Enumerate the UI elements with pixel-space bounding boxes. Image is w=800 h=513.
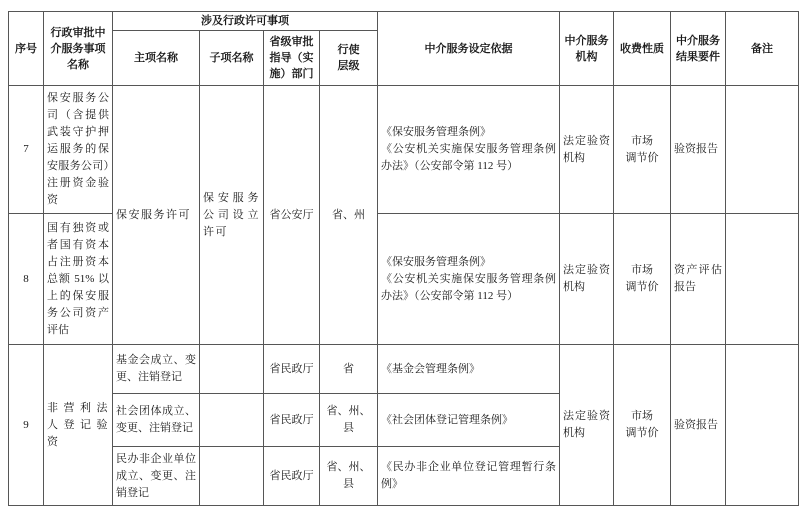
header-result: 中介服务 结果要件 <box>671 12 726 86</box>
header-fee-nature: 收费性质 <box>614 12 671 86</box>
cell-main-item-9-2: 社会团体成立、变更、注销登记 <box>113 394 200 447</box>
header-basis: 中介服务设定依据 <box>378 12 560 86</box>
cell-remark-9 <box>726 345 799 506</box>
cell-agency-9: 法定验资机构 <box>560 345 614 506</box>
cell-serial-9: 9 <box>9 345 44 506</box>
header-main-item: 主项名称 <box>113 31 200 86</box>
cell-basis-9-1: 《基金会管理条例》 <box>378 345 560 394</box>
cell-sub-item-9-2 <box>200 394 264 447</box>
cell-fee-8: 市场 调节价 <box>614 214 671 345</box>
cell-sub-item-7-8: 保安服务公司设立许可 <box>200 86 264 345</box>
cell-item-name-8: 国有独资或者国有资本占注册资本总额 51% 以上的保安服务公司资产评估 <box>44 214 113 345</box>
cell-agency-8: 法定验资机构 <box>560 214 614 345</box>
cell-level-7-8: 省、州 <box>320 86 378 345</box>
cell-basis-7: 《保安服务管理条例》 《公安机关实施保安服务管理条例办法》（公安部令第 112 … <box>378 86 560 214</box>
header-exercise-level: 行使 层级 <box>320 31 378 86</box>
basis-line: 《保安服务管理条例》 <box>381 124 556 141</box>
header-remark: 备注 <box>726 12 799 86</box>
cell-result-8: 资产评估报告 <box>671 214 726 345</box>
basis-line: 《公安机关实施保安服务管理条例办法》（公安部令第 112 号） <box>381 141 556 175</box>
cell-item-name-9: 非营利法人登记验资 <box>44 345 113 506</box>
cell-level-9-1: 省 <box>320 345 378 394</box>
header-licensing-group: 涉及行政许可事项 <box>113 12 378 31</box>
cell-agency-7: 法定验资机构 <box>560 86 614 214</box>
cell-fee-9: 市场 调节价 <box>614 345 671 506</box>
header-serial: 序号 <box>9 12 44 86</box>
cell-dept-7-8: 省公安厅 <box>264 86 320 345</box>
cell-serial-8: 8 <box>9 214 44 345</box>
cell-basis-9-2: 《社会团体登记管理条例》 <box>378 394 560 447</box>
cell-sub-item-9-1 <box>200 345 264 394</box>
cell-level-9-2: 省、州、县 <box>320 394 378 447</box>
cell-main-item-9-1: 基金会成立、变更、注销登记 <box>113 345 200 394</box>
cell-serial-7: 7 <box>9 86 44 214</box>
table-row-9-sub-1: 9 非营利法人登记验资 基金会成立、变更、注销登记 省民政厅 省 《基金会管理条… <box>9 345 799 394</box>
cell-dept-9-3: 省民政厅 <box>264 447 320 506</box>
header-provincial-dept: 省级审批 指导（实 施）部门 <box>264 31 320 86</box>
cell-sub-item-9-3 <box>200 447 264 506</box>
basis-line: 《公安机关实施保安服务管理条例办法》（公安部令第 112 号） <box>381 271 556 305</box>
cell-remark-7 <box>726 86 799 214</box>
cell-level-9-3: 省、州、县 <box>320 447 378 506</box>
cell-main-item-7-8: 保安服务许可 <box>113 86 200 345</box>
header-item-name: 行政审批中 介服务事项 名称 <box>44 12 113 86</box>
cell-result-7: 验资报告 <box>671 86 726 214</box>
cell-item-name-7: 保安服务公司（含提供武装守护押运服务的保安服务公司）注册资金验资 <box>44 86 113 214</box>
basis-line: 《保安服务管理条例》 <box>381 254 556 271</box>
cell-remark-8 <box>726 214 799 345</box>
approval-services-table: 序号 行政审批中 介服务事项 名称 涉及行政许可事项 中介服务设定依据 中介服务… <box>8 11 799 506</box>
cell-dept-9-1: 省民政厅 <box>264 345 320 394</box>
cell-basis-8: 《保安服务管理条例》 《公安机关实施保安服务管理条例办法》（公安部令第 112 … <box>378 214 560 345</box>
header-sub-item: 子项名称 <box>200 31 264 86</box>
cell-result-9: 验资报告 <box>671 345 726 506</box>
cell-dept-9-2: 省民政厅 <box>264 394 320 447</box>
header-agency: 中介服务 机构 <box>560 12 614 86</box>
cell-basis-9-3: 《民办非企业单位登记管理暂行条例》 <box>378 447 560 506</box>
table-row-7: 7 保安服务公司（含提供武装守护押运服务的保安服务公司）注册资金验资 保安服务许… <box>9 86 799 214</box>
document-page: 序号 行政审批中 介服务事项 名称 涉及行政许可事项 中介服务设定依据 中介服务… <box>0 0 800 513</box>
cell-main-item-9-3: 民办非企业单位成立、变更、注销登记 <box>113 447 200 506</box>
cell-fee-7: 市场 调节价 <box>614 86 671 214</box>
